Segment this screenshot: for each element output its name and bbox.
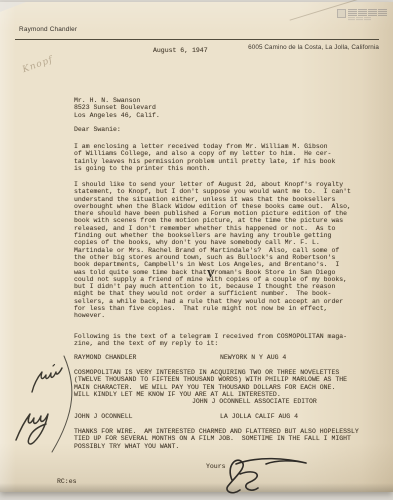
salutation: Dear Swanie: bbox=[74, 126, 121, 133]
letterhead-address: 6005 Camino de la Costa, La Jolla, Calif… bbox=[248, 44, 379, 51]
watermark-glyph bbox=[378, 9, 387, 16]
telegram-reply-body: THANKS FOR WIRE. AM INTERESTED CHARMED A… bbox=[74, 428, 374, 450]
watermark-glyph bbox=[368, 9, 377, 16]
margin-handwriting-scribble bbox=[6, 348, 80, 460]
pencil-annotation-knopf: Knopf bbox=[21, 55, 55, 75]
telegram-received-header: RAYMOND CHANDLER NEWYORK N Y AUG 4 bbox=[74, 354, 364, 362]
telegram-reply-header: JOHN J OCONNELL LA JOLLA CALIF AUG 4 bbox=[74, 413, 364, 421]
telegram-reply-addressee: JOHN J OCONNELL bbox=[74, 413, 133, 420]
body-paragraph-2: I should like to send your letter of Aug… bbox=[74, 181, 358, 320]
letter-paper: Raymond Chandler 6005 Camino de la Costa… bbox=[0, 2, 393, 492]
paper-bottom-shadow bbox=[0, 483, 393, 492]
date-line: August 6, 1947 bbox=[153, 47, 208, 54]
watermark-glyph bbox=[364, 17, 371, 21]
watermark-glyph bbox=[356, 17, 363, 21]
body-paragraph-1: I am enclosing a letter received today f… bbox=[74, 143, 354, 172]
watermark-glyph bbox=[348, 9, 357, 16]
telegram-received-signoff: JOHN J OCONNELL ASSOCIATE EDITOR bbox=[192, 398, 317, 405]
recipient-address: Mr. H. N. Swanson 8523 Sunset Boulevard … bbox=[74, 97, 160, 119]
watermark-stamp bbox=[337, 9, 387, 21]
body-paragraph-3: Following is the text of a telegram I re… bbox=[74, 333, 358, 348]
paper-corner-highlight bbox=[0, 2, 26, 12]
watermark-square-icon bbox=[337, 9, 346, 18]
letterhead-rule bbox=[15, 39, 379, 40]
telegram-received-addressee: RAYMOND CHANDLER bbox=[74, 354, 136, 361]
watermark-glyph bbox=[358, 9, 367, 16]
handwritten-correction-v: V bbox=[207, 270, 214, 280]
telegram-reply-origin: LA JOLLA CALIF AUG 4 bbox=[220, 413, 298, 420]
watermark-glyph bbox=[348, 17, 355, 21]
letterhead-name: Raymond Chandler bbox=[19, 26, 77, 33]
telegram-received-origin: NEWYORK N Y AUG 4 bbox=[220, 354, 286, 361]
telegram-received-body: COSMOPOLITAN IS VERY INTERESTED IN ACQUI… bbox=[74, 369, 366, 398]
watermark-glyph-blocks bbox=[348, 9, 387, 21]
